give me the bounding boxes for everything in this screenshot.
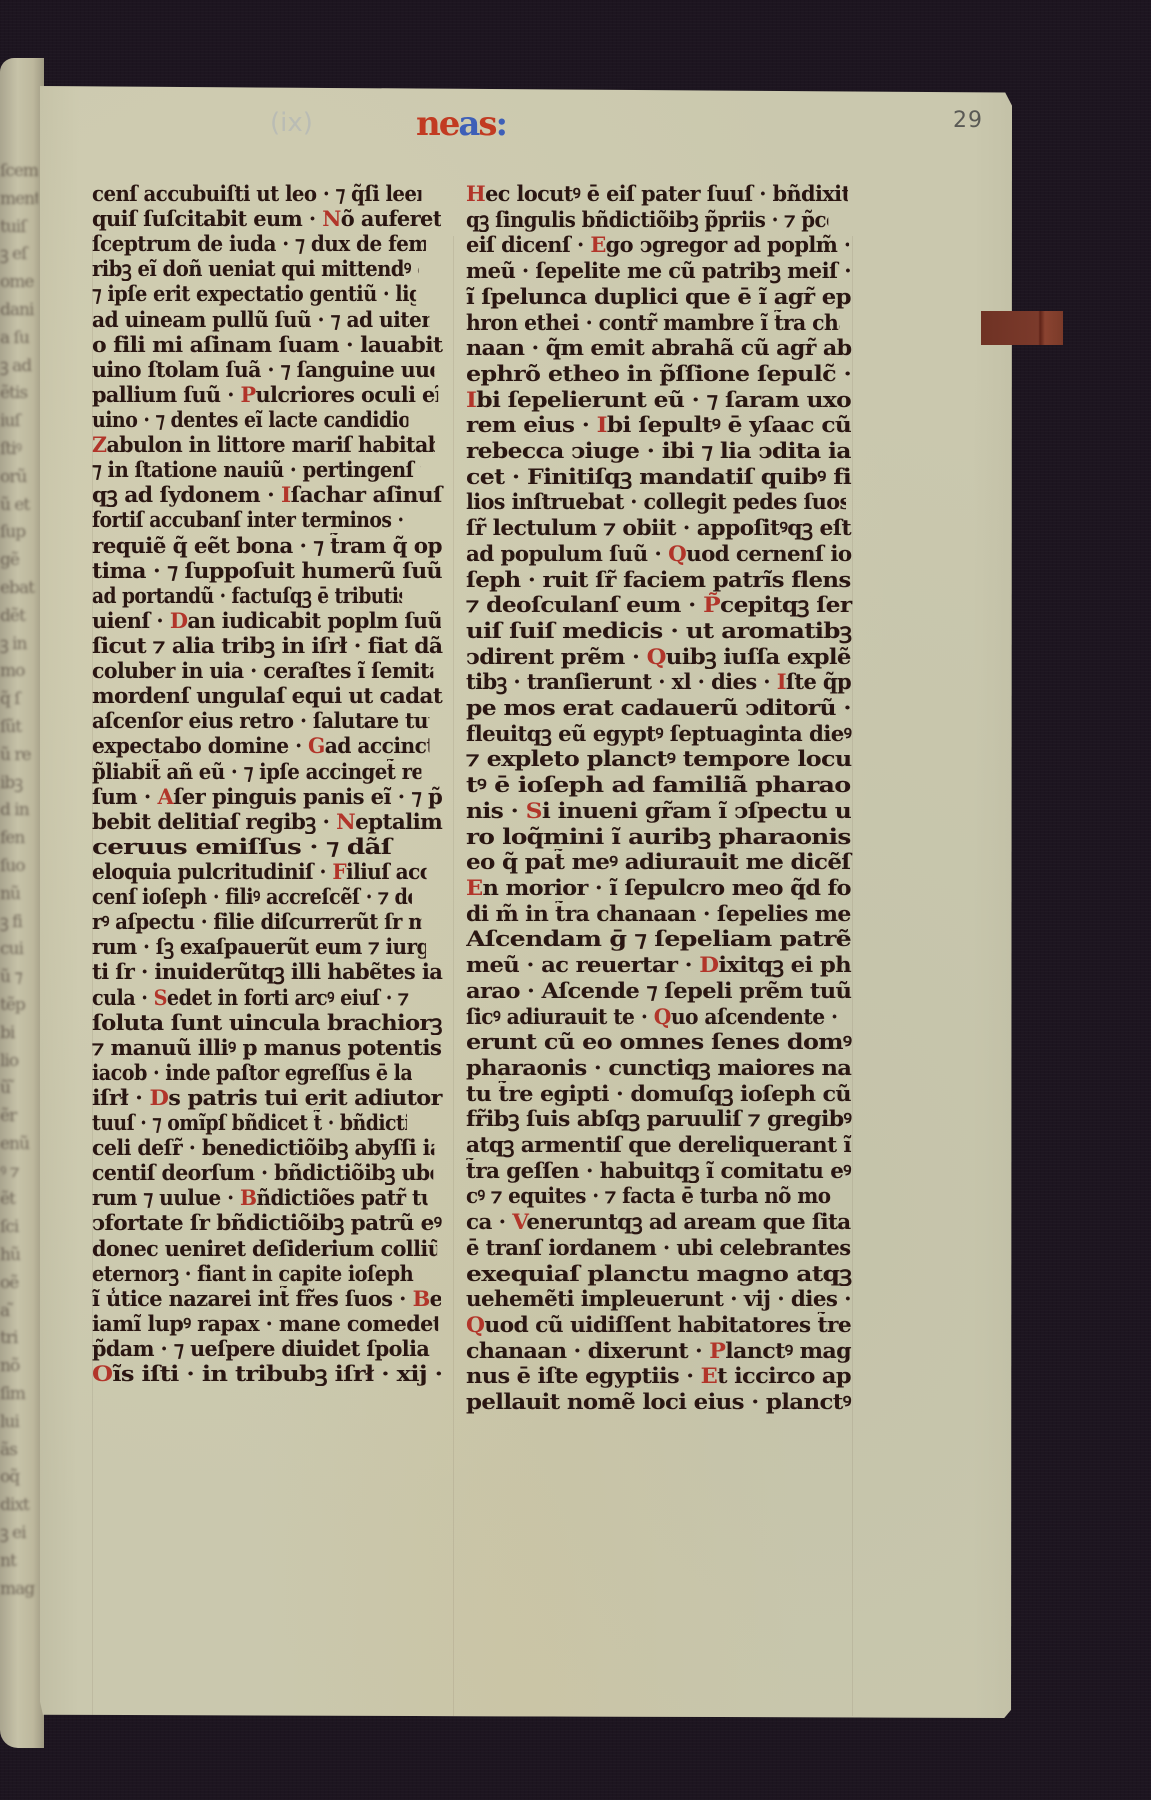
ghost-text-line: ſci — [0, 1214, 38, 1242]
ghost-text-line: tẽp — [0, 992, 38, 1020]
text-line: uiſ ſuiſ medicis · ut aromatibꝫ — [466, 618, 913, 644]
text-line: lios inſtruebat · collegit pedes ſuos — [466, 489, 846, 515]
rubricated-initial: P — [703, 592, 720, 617]
text-line: fortiſ accubanſ inter terminos · uid — [92, 507, 405, 532]
rubricated-initial: E — [701, 1363, 718, 1388]
text-line: cenſ ioſeph · filiꝰ accreſcẽſ · ⁊ deco — [92, 884, 412, 909]
text-line: Hec locutꝰ ē eiſ pater ſuuſ · bñdixit — [466, 181, 848, 207]
text-line: rum ⁊ uulue · Bñdictiões patr̃ tui — [92, 1185, 428, 1210]
ghost-text-line: fen — [0, 825, 38, 853]
text-line: qꝫ ad ſydonem · Iſachar aſinuſ — [92, 482, 457, 507]
text-line: p̃liabit̃ añ eũ · ⁊ ipſe accinget̃ retr — [92, 759, 421, 784]
rubricated-initial: S — [526, 798, 542, 823]
ghost-text-line: ꝫ ad — [0, 353, 38, 381]
text-line: t̃ra geſſen · habuitqꝫ ĩ comitatu eꝰ — [466, 1158, 860, 1184]
text-line: ſicꝰ adiurauit te · Quo aſcendente · i — [466, 1004, 838, 1030]
text-line: En morior · ĩ ſepulcro meo q̃d fo — [466, 875, 879, 901]
text-line: meũ · ſepelite me cũ patribꝫ meiſ · — [466, 258, 852, 284]
text-line: ad uineam pullũ ſuũ · ⁊ ad uitem — [92, 307, 429, 332]
ghost-text-line: q̃ ſ — [0, 686, 38, 714]
ghost-text-line: ẽr — [0, 1103, 38, 1131]
text-line: cꝰ ⁊ equites · ⁊ facta ē turba nõ modi — [466, 1183, 831, 1209]
rubricated-initial: B — [413, 1286, 430, 1311]
ghost-text-line: oẽ — [0, 1270, 38, 1298]
text-line: ceruus emiſſus · ⁊ dãſ — [92, 834, 530, 859]
text-line: iacob · inde paſtor egreſſus ē lapis — [92, 1060, 412, 1085]
ghost-text-line: iuſ — [0, 408, 38, 436]
rubricated-initial: P — [240, 382, 255, 407]
text-line: nus ē iſte egyptiis · Et iccirco ap — [466, 1363, 879, 1389]
text-line: ↄfortate ſr bñdictiõibꝫ patrũ eꝰ — [92, 1210, 452, 1235]
rubricated-initial: Q — [647, 644, 666, 669]
text-line: hron ethei · contr̃ mambre ĩ t̃ra cha — [466, 310, 839, 336]
rubricated-initial: N — [322, 206, 341, 231]
rubricated-initial: D — [170, 608, 188, 633]
text-line: ē tranſ iordanem · ubi celebrantes — [466, 1235, 853, 1261]
text-line: cula · Sedet in forti arcꝰ eiuſ · ⁊ diſ — [92, 985, 412, 1010]
ghost-text-line: nũ — [0, 881, 38, 909]
text-line: ſceptrum de iuda · ⁊ dux de femo — [92, 231, 426, 256]
text-line: cenſ accubuiſti ut leo · ⁊ q̃ſi leena — [92, 181, 421, 206]
ghost-text-line: dẽt — [0, 603, 38, 631]
text-line: pallium ſuũ · Pulcriores oculi eĩ — [92, 382, 438, 407]
ghost-text-line: ſũt — [0, 714, 38, 742]
text-line: ⁊ deoſculanſ eum · P̃cepitqꝫ ſer — [466, 592, 895, 618]
rubricated-initial: S — [154, 985, 167, 1010]
text-line: uienſ · Dan iudicabit poplm ſuũ — [92, 608, 441, 633]
rubricated-initial: A — [157, 784, 173, 809]
ruling-line — [453, 236, 454, 1716]
text-line: ſoluta ſunt uincula brachiorꝫ — [92, 1010, 471, 1035]
text-line: pharaonis · cunctiqꝫ maiores na — [466, 1055, 881, 1081]
text-line: tꝰ ē ioſeph ad familiã pharao — [466, 772, 932, 798]
rubricated-initial: P — [709, 1338, 725, 1363]
text-line: quiſ ſuſcitabit eum · Nõ auferet — [92, 206, 441, 231]
text-line: ro loq̃mini ĩ auribꝫ pharaonis — [466, 824, 921, 850]
ghost-text-line: mo — [0, 658, 38, 686]
text-line: o fili mi aſinam ſuam · lauabit — [92, 332, 459, 357]
ghost-text-line: ꝫ eſ — [0, 241, 38, 269]
ghost-text-line: dani — [0, 297, 38, 325]
text-line: pellauit nomẽ loci eius · planctꝰ — [466, 1389, 886, 1415]
text-line: Ibi ſepelierunt eũ · ⁊ ſaram uxo — [466, 387, 895, 413]
text-line: ĩ ſpelunca duplici que ē ĩ agr̃ ep — [466, 284, 884, 310]
ghost-text-line: ũ et — [0, 492, 38, 520]
text-line: uino ſtolam ſuã · ⁊ ſanguine uue — [92, 357, 434, 382]
ghost-text-line: orũ — [0, 464, 38, 492]
text-line: eo q̃ pat̃ meꝰ adiurauit me dicẽſ — [466, 849, 887, 875]
text-line: Aſcendam ḡ ⁊ ſepeliam patrẽ — [466, 926, 929, 952]
ghost-text-line: ſuo — [0, 853, 38, 881]
rubricated-initial: O — [92, 1361, 112, 1386]
folio-number: 29 — [953, 108, 983, 133]
rubricated-initial: H — [466, 181, 485, 206]
rubricated-initial: D — [699, 952, 718, 977]
text-line: tima · ⁊ ſuppoſuit humerũ ſuũ — [92, 558, 461, 583]
ghost-text-line: ſim — [0, 1381, 38, 1409]
text-line: nis · Si inueni gr̃am ĩ ↄſpectu u — [466, 798, 896, 824]
rubricated-initial: I — [777, 669, 786, 694]
text-line: rebecca ↄiuge · ibi ⁊ lia ↄdita ia — [466, 438, 896, 464]
ghost-text-line: tuiſ — [0, 214, 38, 242]
text-line: tibꝫ · tranſierunt · xl · dies · Iſte q̃… — [466, 669, 851, 695]
text-line: chanaan · dixerunt · Planctꝰ mag — [466, 1338, 872, 1364]
ghost-text-line: cui — [0, 936, 38, 964]
ghost-text-line: ſup — [0, 519, 38, 547]
text-line: p̃dam · ⁊ ueſpere diuidet ſpolia · — [92, 1336, 437, 1361]
text-line: ca · Veneruntqꝫ ad aream que ſita — [466, 1209, 859, 1235]
text-line: uehemẽti impleuerunt · vij · dies · — [466, 1286, 859, 1312]
ghost-text-line: ome — [0, 269, 38, 297]
ghost-text-line: nt — [0, 1548, 38, 1576]
text-line: bebit delitiaſ regibꝫ · Neptalim — [92, 809, 449, 834]
rubricated-initial: F — [332, 859, 346, 884]
text-line: uino · ⁊ dentes eĩ lacte candidiores — [92, 407, 408, 432]
text-line: ⁊ in ſtatione nauiũ · pertingenſ uſ — [92, 457, 420, 482]
text-line: atqꝫ armentiſ que dereliquerant ĩ — [466, 1132, 863, 1158]
text-line: rꝰ aſpectu · filie diſcurrerũt ſr mu — [92, 909, 421, 934]
text-line: ⁊ manuũ illiꝰ p manus potentis — [92, 1035, 450, 1060]
page-tab-marker[interactable] — [981, 311, 1063, 345]
rubricated-initial: Q — [654, 1004, 671, 1029]
text-line: iamĩ lupꝰ rapax · mane comedet — [92, 1311, 438, 1336]
text-line: pe mos erat cadauerũ ↄditorũ · — [466, 695, 896, 721]
text-line: expectabo domine · Gad accinctꝰ — [92, 733, 429, 758]
rubricated-initial: Z — [92, 432, 106, 457]
ghost-text-line: bi — [0, 1020, 38, 1048]
text-line: di m̃ in t̃ra chanaan · ſepelies me — [466, 901, 869, 927]
text-line: centiſ deorſum · bñdictiõibꝫ ube — [92, 1160, 433, 1185]
ghost-text-line: ꝰ ⁊ — [0, 1159, 38, 1187]
ghost-text-line: ẽt — [0, 1186, 38, 1214]
text-line: aſcenſor eius retro · ſalutare tuũ — [92, 708, 429, 733]
text-line: meũ · ac reuertar · Dixitqꝫ ei ph — [466, 952, 884, 978]
previous-folio-ghost-text: ſcemmenttuiſꝫ eſomedania ſuꝫ adẽtisiuſſt… — [0, 158, 38, 1603]
text-line: ſicut ⁊ alia tribꝫ in iſrł · fiat dã — [92, 633, 457, 658]
ghost-text-line: a ̃ — [0, 1298, 38, 1326]
text-line: ſr̃ lectulum ⁊ obiit · appoſitꝰqꝫ eſt — [466, 515, 867, 541]
text-line: ribꝫ eĩ doñ ueniat qui mittendꝰ ē · — [92, 256, 419, 281]
text-line: ↄdirent prẽm · Quibꝫ iuſſa explẽ — [466, 644, 884, 670]
text-line: cet · Finitiſqꝫ mandatiſ quibꝰ fi — [466, 464, 900, 490]
rubricated-initial: D — [150, 1085, 169, 1110]
previous-folio-edge: ſcemmenttuiſꝫ eſomedania ſuꝫ adẽtisiuſſt… — [0, 58, 44, 1748]
ghost-text-line: oq̃ — [0, 1464, 38, 1492]
text-line: ſeph · ruit ſr̃ faciem patrĩs flens — [466, 567, 886, 593]
text-line: fr̃ibꝫ ſuis abſqꝫ paruuliſ ⁊ gregibꝰ — [466, 1106, 870, 1132]
rubricated-initial: I — [597, 412, 607, 437]
ghost-text-line: hũ — [0, 1242, 38, 1270]
text-line: iſrł · Ds patris tui erit adiutor — [92, 1085, 465, 1110]
ghost-text-line: lui — [0, 1409, 38, 1437]
text-line: eloquia pulcritudiniſ · Filiuſ accr — [92, 859, 427, 884]
text-line: naan · q̃m emit abrahã cũ agr̃ ab — [466, 335, 872, 361]
text-line: ⁊ expleto planctꝰ tempore locu — [466, 746, 903, 772]
text-line: coluber in uia · ceraſtes ĩ ſemita — [92, 658, 433, 683]
text-line: qꝫ ſingulis bñdictiõibꝫ p̃priis · ⁊ p̃ce… — [466, 207, 828, 233]
text-line: ⁊ ipſe erit expectatio gentiũ · ligãſ — [92, 281, 416, 306]
running-head-part: a — [458, 104, 478, 144]
text-line: Quod cũ uidiſſent habitatores t̃re — [466, 1312, 866, 1338]
ghost-text-line: ibꝫ — [0, 770, 38, 798]
running-head-part: ne — [416, 104, 458, 144]
text-line: tuuſ · ⁊ omĩpſ bñdicet t̃ · bñdictiõib — [92, 1110, 407, 1135]
text-line: Oĩs iſti · in tribubꝫ iſrł · xij · — [92, 1361, 495, 1386]
ghost-text-line: ſtiꝰ — [0, 436, 38, 464]
text-line: ephrõ etheo in p̃ſſione ſepulc̃ · — [466, 361, 903, 387]
text-line: erunt cũ eo omnes ſenes domꝰ — [466, 1029, 905, 1055]
running-head-part: s — [478, 104, 495, 144]
text-line: Zabulon in littore mariſ habitab — [92, 432, 435, 457]
text-column-right: Hec locutꝰ ē eiſ pater ſuuſ · bñdixitqꝫ … — [466, 181, 851, 1415]
rubricated-initial: N — [336, 809, 355, 834]
rubricated-initial: E — [590, 232, 605, 257]
ghost-text-line: ũ ⁊ — [0, 964, 38, 992]
text-column-left: cenſ accubuiſti ut leo · ⁊ q̃ſi leenaqui… — [92, 181, 442, 1386]
ghost-text-line: ꝫ in — [0, 631, 38, 659]
text-line: celi deſr̃ · benedictiõibꝫ abyſſi ia — [92, 1135, 434, 1160]
rubricated-initial: E — [466, 875, 483, 900]
text-line: ad populum ſuũ · Quod cernenſ io — [466, 541, 858, 567]
ghost-text-line: d in — [0, 797, 38, 825]
ghost-text-line: nõ — [0, 1353, 38, 1381]
text-line: ti ſr · inuiderũtqꝫ illi habẽtes ia — [92, 959, 443, 984]
rubricated-initial: I — [281, 482, 291, 507]
faint-pencil-mark: (ix) — [270, 108, 313, 138]
text-line: arao · Aſcende ⁊ ſepeli prẽm tuũ — [466, 978, 881, 1004]
text-line: ĩ u̾tice nazarei int̃ fr̃es ſuos · Be — [92, 1286, 441, 1311]
rubricated-initial: G — [308, 733, 325, 758]
text-line: rum · ſꝫ exaſpauerũt eum ⁊ iurga — [92, 934, 426, 959]
text-line: donec ueniret deſiderium colliũ — [92, 1236, 437, 1261]
rubricated-initial: I — [466, 387, 476, 412]
ghost-text-line: ment — [0, 186, 38, 214]
ghost-text-line: ũ re — [0, 742, 38, 770]
text-line: eternorꝫ · fiant in capite ioſeph · ⁊ — [92, 1261, 415, 1286]
running-head: neas: — [416, 104, 506, 154]
text-line: eiſ dicenſ · Ego ↄgregor ad poplm̃ · — [466, 232, 849, 258]
ghost-text-line: mag — [0, 1576, 38, 1604]
rubricated-initial: Q — [668, 541, 686, 566]
text-line: rem eius · Ibi ſepultꝰ ē yſaac cũ — [466, 412, 893, 438]
text-line: requiẽ q̃ eẽt bona · ⁊ t̃ram q̃ op — [92, 533, 450, 558]
text-line: ad portandũ · factuſqꝫ ē tributis ſer — [92, 583, 402, 608]
ghost-text-line: ẽtis — [0, 380, 38, 408]
ghost-text-line: gẽ — [0, 547, 38, 575]
text-line: exequiaſ planctu magno atqꝫ — [466, 1261, 925, 1287]
ghost-text-line: ãs — [0, 1437, 38, 1465]
ghost-text-line: tri — [0, 1325, 38, 1353]
text-line: fleuitqꝫ eũ egyptꝰ ſeptuaginta dieꝰ — [466, 721, 857, 747]
ghost-text-line: a ſu — [0, 325, 38, 353]
running-head-part: : — [496, 104, 507, 144]
text-line: mordenſ ungulaſ equi ut cadat — [92, 683, 449, 708]
ghost-text-line: ebat — [0, 575, 38, 603]
ghost-text-line: lio — [0, 1048, 38, 1076]
ghost-text-line: ũ ̃ — [0, 1075, 38, 1103]
rubricated-initial: V — [512, 1209, 526, 1234]
ghost-text-line: ꝫ ei — [0, 1520, 38, 1548]
ghost-text-line: ſcem — [0, 158, 38, 186]
ghost-text-line: enũ — [0, 1131, 38, 1159]
text-line: tu t̃re egipti · domuſqꝫ ioſeph cũ — [466, 1081, 876, 1107]
ghost-text-line: dixt — [0, 1492, 38, 1520]
rubricated-initial: B — [240, 1185, 256, 1210]
rubricated-initial: Q — [466, 1312, 484, 1337]
text-line: ſum · Aſer pinguis panis eĩ · ⁊ p̃ — [92, 784, 445, 809]
ghost-text-line: ꝫ fi — [0, 909, 38, 937]
